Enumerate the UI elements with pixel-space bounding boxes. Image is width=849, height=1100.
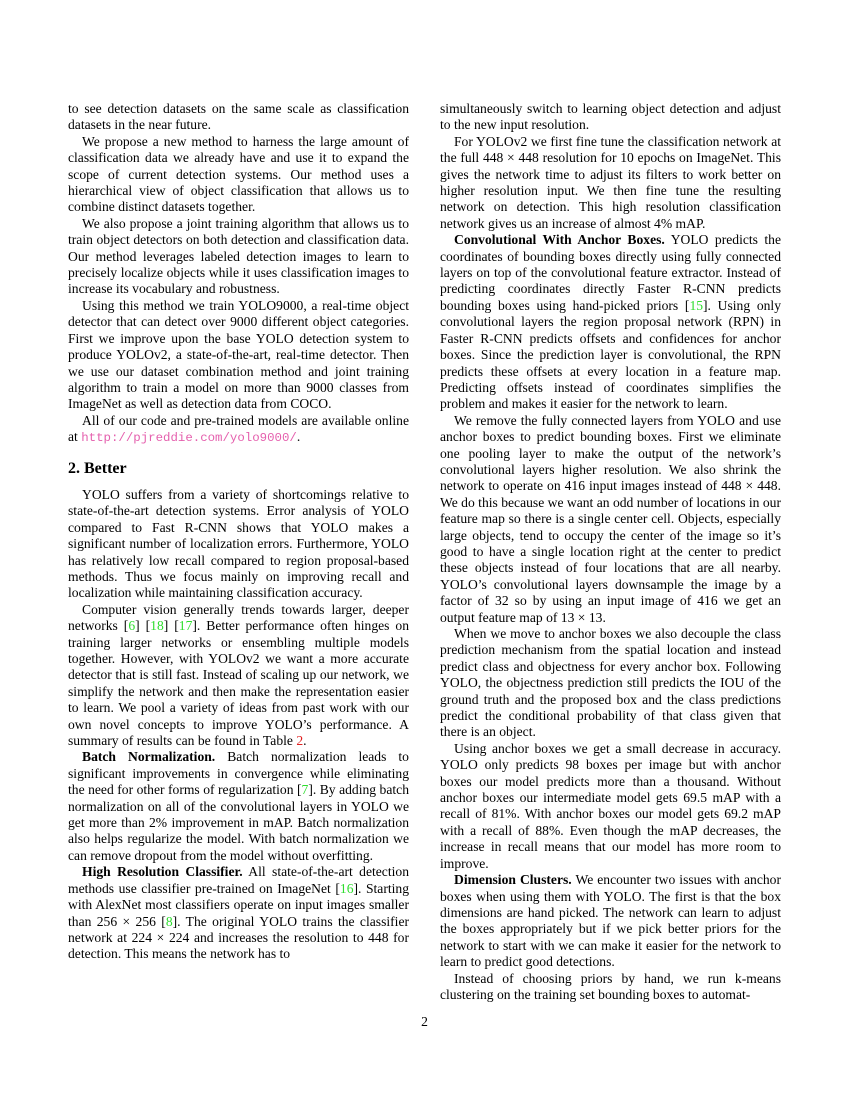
text-run: Using this method we train YOLO9000, a r… <box>68 298 409 411</box>
text-run: For YOLOv2 we first fine tune the classi… <box>440 134 781 231</box>
bold-lead-in: Batch Normalization. <box>82 749 215 764</box>
citation-link[interactable]: 8 <box>166 914 173 929</box>
url-link[interactable]: http://pjreddie.com/yolo9000/ <box>81 431 297 445</box>
paragraph: We also propose a joint training algorit… <box>68 216 409 298</box>
citation-link[interactable]: 18 <box>150 618 164 633</box>
paragraph: YOLO suffers from a variety of shortcomi… <box>68 487 409 602</box>
paragraph: simultaneously switch to learning object… <box>440 101 781 134</box>
bold-lead-in: High Resolution Classifier. <box>82 864 243 879</box>
paragraph: When we move to anchor boxes we also dec… <box>440 626 781 741</box>
text-run: . <box>303 733 306 748</box>
right-column: simultaneously switch to learning object… <box>440 101 781 1003</box>
paper-page: to see detection datasets on the same sc… <box>0 0 849 1100</box>
text-run: Using anchor boxes we get a small decrea… <box>440 741 781 871</box>
paragraph: Batch Normalization. Batch normalization… <box>68 749 409 864</box>
paragraph: Instead of choosing priors by hand, we r… <box>440 971 781 1004</box>
text-run: ]. Using only convolutional layers the r… <box>440 298 781 411</box>
text-run: . <box>297 429 300 444</box>
text-run: We also propose a joint training algorit… <box>68 216 409 297</box>
bold-lead-in: Dimension Clusters. <box>454 872 572 887</box>
paragraph: Computer vision generally trends towards… <box>68 602 409 750</box>
text-run: to see detection datasets on the same sc… <box>68 101 409 132</box>
citation-link[interactable]: 16 <box>340 881 354 896</box>
text-run: We remove the fully connected layers fro… <box>440 413 781 625</box>
paragraph: High Resolution Classifier. All state-of… <box>68 864 409 962</box>
paragraph: Using anchor boxes we get a small decrea… <box>440 741 781 872</box>
paragraph: to see detection datasets on the same sc… <box>68 101 409 134</box>
text-run: Instead of choosing priors by hand, we r… <box>440 971 781 1002</box>
text-run: simultaneously switch to learning object… <box>440 101 781 132</box>
text-run: ] [ <box>135 618 150 633</box>
text-run: ] [ <box>164 618 179 633</box>
paragraph: Convolutional With Anchor Boxes. YOLO pr… <box>440 232 781 412</box>
citation-link[interactable]: 17 <box>179 618 193 633</box>
bold-lead-in: Convolutional With Anchor Boxes. <box>454 232 665 247</box>
paragraph: Using this method we train YOLO9000, a r… <box>68 298 409 413</box>
page-number: 2 <box>0 1014 849 1030</box>
text-run: YOLO suffers from a variety of shortcomi… <box>68 487 409 600</box>
section-heading: 2. Better <box>68 461 409 477</box>
paragraph: All of our code and pre-trained models a… <box>68 413 409 447</box>
paragraph: We remove the fully connected layers fro… <box>440 413 781 626</box>
text-run: We propose a new method to harness the l… <box>68 134 409 215</box>
paragraph: For YOLOv2 we first fine tune the classi… <box>440 134 781 232</box>
citation-link[interactable]: 15 <box>689 298 703 313</box>
text-run: ]. Better performance often hinges on tr… <box>68 618 409 748</box>
left-column: to see detection datasets on the same sc… <box>68 101 409 963</box>
paragraph: We propose a new method to harness the l… <box>68 134 409 216</box>
paragraph: Dimension Clusters. We encounter two iss… <box>440 872 781 970</box>
text-run: When we move to anchor boxes we also dec… <box>440 626 781 739</box>
